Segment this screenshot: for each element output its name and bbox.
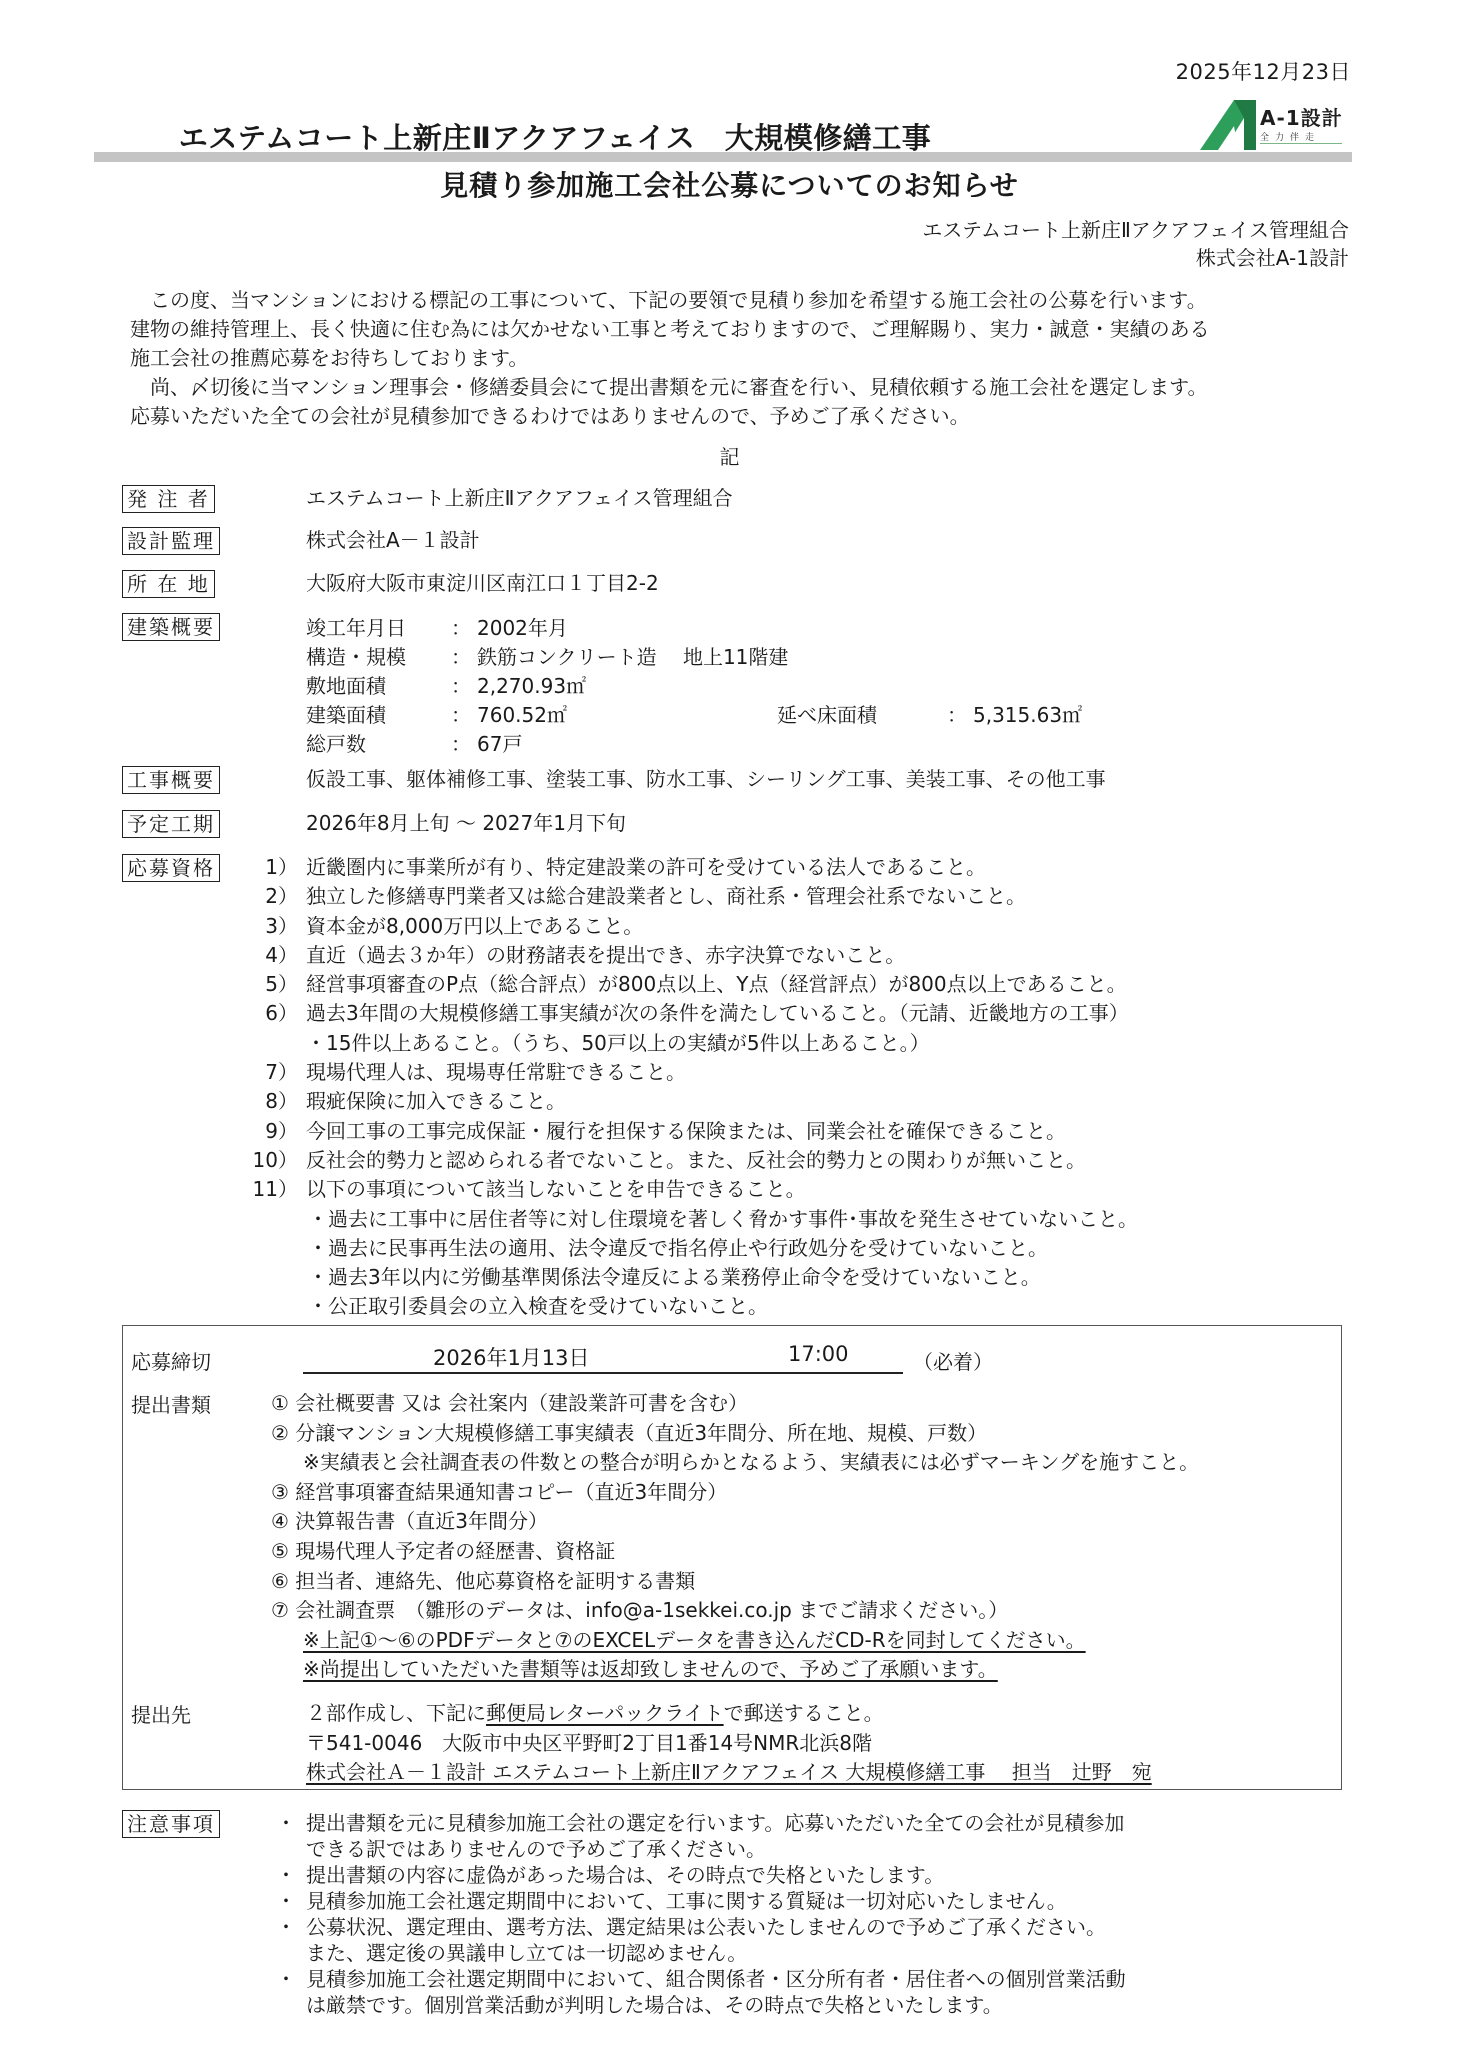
- document-subtitle: 見積り参加施工会社公募についてのお知らせ: [0, 164, 1459, 204]
- list-item: ⑦ 会社調査票 （雛形のデータは、info@a-1sekkei.co.jp まで…: [271, 1596, 1199, 1626]
- documents-label: 提出書類: [131, 1389, 211, 1418]
- list-item: ③ 経営事項審査結果通知書コピー（直近3年間分）: [271, 1478, 1199, 1508]
- spec-value: 2,270.93㎡: [477, 672, 777, 701]
- list-subitem: ・15件以上あること。（うち、50戸以上の実績が5件以上あること。）: [240, 1029, 1138, 1058]
- spec-row: 建築面積 ： 760.52㎡ 延べ床面積 ： 5,315.63㎡: [306, 701, 1082, 730]
- destination-label: 提出先: [131, 1699, 191, 1728]
- schedule-value: 2026年8月上旬 ～ 2027年1月下旬: [306, 809, 626, 837]
- issuer-block: エステムコート上新庄Ⅱアクアフェイス管理組合 株式会社A-1設計: [922, 216, 1349, 272]
- list-item: 10）反社会的勢力と認められる者でないこと。また、反社会的勢力との関わりが無いこ…: [240, 1146, 1138, 1175]
- label-notes: 注意事項: [122, 1810, 220, 1838]
- list-item: 11）以下の事項について該当しないことを申告できること。: [240, 1175, 1138, 1204]
- issuer-company: 株式会社A-1設計: [922, 244, 1349, 272]
- list-note: ※尚提出していただいた書類等は返却致しませんので、予めご了承願います。: [271, 1655, 1199, 1685]
- location-value: 大阪府大阪市東淀川区南江口１丁目2-2: [306, 569, 659, 597]
- spec-value: 760.52㎡: [477, 701, 777, 730]
- list-item: 7）現場代理人は、現場専任常駐できること。: [240, 1058, 1138, 1087]
- list-item: 2）独立した修繕専門業者又は総合建設業者とし、商社系・管理会社系でないこと。: [240, 882, 1138, 911]
- intro-line: 尚、〆切後に当マンション理事会・修繕委員会にて提出書類を元に審査を行い、見積依頼…: [130, 373, 1350, 402]
- deadline-note: （必着）: [913, 1346, 993, 1375]
- intro-line: 施工会社の推薦応募をお待ちしております。: [130, 344, 1350, 373]
- destination-address: 〒541-0046 大阪市中央区平野町2丁目1番14号NMR北浜8階: [306, 1729, 1152, 1759]
- list-item: 9）今回工事の工事完成保証・履行を担保する保険または、同業会社を確保できること。: [240, 1117, 1138, 1146]
- spec-row: 竣工年月日 ： 2002年月: [306, 614, 1082, 643]
- list-subitem: ・過去に民事再生法の適用、法令違反で指名停止や行政処分を受けていないこと。: [240, 1234, 1138, 1263]
- deadline-date: 2026年1月13日: [433, 1342, 590, 1372]
- label-qualifications: 応募資格: [122, 854, 220, 882]
- destination-instructions: ２部作成し、下記に郵便局レターパックライトで郵送すること。: [306, 1699, 1152, 1729]
- spec-colon: ：: [451, 614, 477, 643]
- spec-value: 67戸: [477, 730, 777, 759]
- project-title: エステムコート上新庄Ⅱアクアフェイス 大規模修繕工事: [0, 116, 1110, 157]
- spec-value: 鉄筋コンクリート造 地上11階建: [477, 643, 977, 672]
- spec-key: 構造・規模: [306, 643, 451, 672]
- building-spec: 竣工年月日 ： 2002年月 構造・規模 ： 鉄筋コンクリート造 地上11階建 …: [306, 614, 1082, 759]
- spec-key: 延べ床面積: [777, 701, 947, 730]
- list-item: ⑤ 現場代理人予定者の経歴書、資格証: [271, 1537, 1199, 1567]
- spec-colon: ：: [451, 730, 477, 759]
- list-item: 5）経営事項審査のP点（総合評点）が800点以上、Y点（経営評点）が800点以上…: [240, 970, 1138, 999]
- ki-marker: 記: [0, 441, 1459, 470]
- list-item: ① 会社概要書 又は 会社案内（建設業許可書を含む）: [271, 1389, 1199, 1419]
- company-logo: A-1設計 全力伴走: [1200, 100, 1360, 152]
- deadline-label: 応募締切: [131, 1346, 211, 1375]
- a1-logo-mark-icon: [1200, 100, 1258, 150]
- deadline-time: 17:00: [788, 1342, 849, 1366]
- spec-value: 2002年月: [477, 614, 777, 643]
- list-item: ④ 決算報告書（直近3年間分）: [271, 1507, 1199, 1537]
- label-schedule: 予定工期: [122, 810, 220, 838]
- mail-method: 郵便局レターパックライト: [486, 1701, 724, 1725]
- document-date: 2025年12月23日: [1176, 56, 1351, 86]
- intro-line: 建物の維持管理上、長く快適に住む為には欠かせない工事と考えておりますので、ご理解…: [130, 315, 1350, 344]
- list-item: 1）近畿圏内に事業所が有り、特定建設業の許可を受けている法人であること。: [240, 853, 1138, 882]
- list-subitem: ・公正取引委員会の立入検査を受けていないこと。: [240, 1292, 1138, 1321]
- list-item: 8）瑕疵保険に加入できること。: [240, 1087, 1138, 1116]
- list-subitem: ・過去3年以内に労働基準関係法令違反による業務停止命令を受けていないこと。: [240, 1263, 1138, 1292]
- list-note: ※上記①～⑥のPDFデータと⑦のEXCELデータを書き込んだCD-Rを同封してく…: [271, 1626, 1199, 1656]
- spec-row: 総戸数 ： 67戸: [306, 730, 1082, 759]
- spec-row: 敷地面積 ： 2,270.93㎡: [306, 672, 1082, 701]
- logo-tagline: 全力伴走: [1260, 130, 1342, 144]
- logo-name: A-1設計: [1260, 102, 1343, 131]
- spec-key: 総戸数: [306, 730, 451, 759]
- supervisor-value: 株式会社A－１設計: [306, 526, 480, 554]
- destination-block: ２部作成し、下記に郵便局レターパックライトで郵送すること。 〒541-0046 …: [306, 1699, 1152, 1788]
- label-work-summary: 工事概要: [122, 766, 220, 794]
- spec-value: 5,315.63㎡: [973, 701, 1082, 730]
- intro-text: この度、当マンションにおける標記の工事について、下記の要領で見積り参加を希望する…: [130, 286, 1350, 431]
- list-item: ・提出書類の内容に虚偽があった場合は、その時点で失格といたします。: [276, 1862, 1276, 1888]
- documents-list: ① 会社概要書 又は 会社案内（建設業許可書を含む） ② 分譲マンション大規模修…: [271, 1389, 1199, 1685]
- label-building: 建築概要: [122, 613, 220, 641]
- destination-recipient: 株式会社Ａ－１設計 エステムコート上新庄Ⅱアクアフェイス 大規模修繕工事 担当 …: [306, 1758, 1152, 1788]
- list-note: ※実績表と会社調査表の件数との整合が明らかとなるよう、実績表には必ずマーキングを…: [271, 1448, 1199, 1478]
- deadline-field: 2026年1月13日 17:00: [303, 1342, 903, 1374]
- orderer-value: エステムコート上新庄Ⅱアクアフェイス管理組合: [306, 484, 733, 512]
- spec-key: 敷地面積: [306, 672, 451, 701]
- spec-colon: ：: [451, 672, 477, 701]
- submission-box: 応募締切 2026年1月13日 17:00 （必着） 提出書類 ① 会社概要書 …: [122, 1325, 1342, 1790]
- list-item: ⑥ 担当者、連絡先、他応募資格を証明する書類: [271, 1567, 1199, 1597]
- spec-colon: ：: [947, 701, 973, 730]
- list-item: 3）資本金が8,000万円以上であること。: [240, 912, 1138, 941]
- list-item: 6）過去3年間の大規模修繕工事実績が次の条件を満たしていること。（元請、近畿地方…: [240, 999, 1138, 1028]
- spec-colon: ：: [451, 701, 477, 730]
- intro-line: 応募いただいた全ての会社が見積参加できるわけではありませんので、予めご了承くださ…: [130, 402, 1350, 431]
- label-supervisor: 設計監理: [122, 527, 220, 555]
- list-item: ・提出書類を元に見積参加施工会社の選定を行います。応募いただいた全ての会社が見積…: [276, 1810, 1276, 1862]
- spec-key: 建築面積: [306, 701, 451, 730]
- intro-line: この度、当マンションにおける標記の工事について、下記の要領で見積り参加を希望する…: [130, 286, 1350, 315]
- label-orderer: 発 注 者: [122, 485, 215, 513]
- spec-row: 構造・規模 ： 鉄筋コンクリート造 地上11階建: [306, 643, 1082, 672]
- spec-key: 竣工年月日: [306, 614, 451, 643]
- title-divider: [94, 152, 1352, 162]
- notes-list: ・提出書類を元に見積参加施工会社の選定を行います。応募いただいた全ての会社が見積…: [276, 1810, 1276, 2018]
- list-subitem: ・過去に工事中に居住者等に対し住環境を著しく脅かす事件･事故を発生させていないこ…: [240, 1205, 1138, 1234]
- list-item: ・公募状況、選定理由、選考方法、選定結果は公表いたしませんので予めご了承ください…: [276, 1914, 1276, 1966]
- spec-colon: ：: [451, 643, 477, 672]
- work-summary-value: 仮設工事、躯体補修工事、塗装工事、防水工事、シーリング工事、美装工事、その他工事: [306, 765, 1106, 793]
- issuer-association: エステムコート上新庄Ⅱアクアフェイス管理組合: [922, 216, 1349, 244]
- list-item: ・見積参加施工会社選定期間中において、工事に関する質疑は一切対応いたしません。: [276, 1888, 1276, 1914]
- list-item: 4）直近（過去３か年）の財務諸表を提出でき、赤字決算でないこと。: [240, 941, 1138, 970]
- list-item: ・見積参加施工会社選定期間中において、組合関係者・区分所有者・居住者への個別営業…: [276, 1966, 1276, 2018]
- label-location: 所 在 地: [122, 570, 215, 598]
- list-item: ② 分譲マンション大規模修繕工事実績表（直近3年間分、所在地、規模、戸数）: [271, 1419, 1199, 1449]
- qualifications-list: 1）近畿圏内に事業所が有り、特定建設業の許可を受けている法人であること。 2）独…: [240, 853, 1138, 1322]
